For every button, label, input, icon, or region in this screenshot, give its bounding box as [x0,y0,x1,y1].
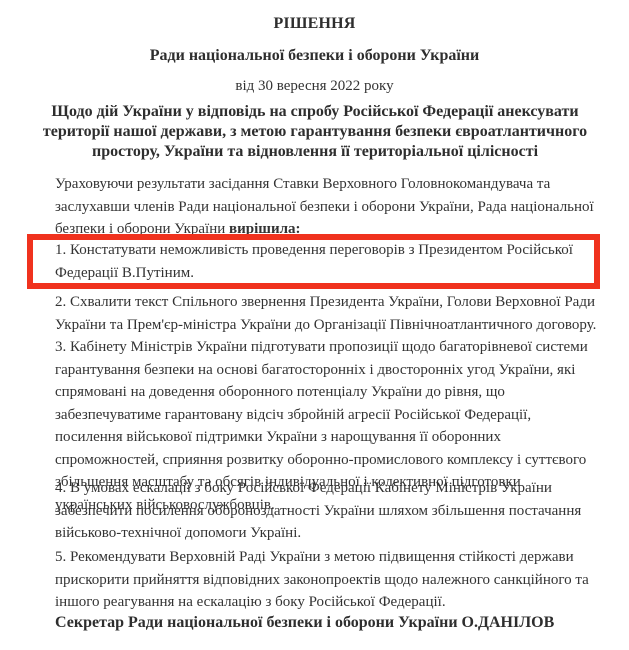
document-subtitle: Ради національної безпеки і оборони Укра… [0,47,629,65]
decision-item-2: 2. Схвалити текст Спільного звернення Пр… [55,291,600,336]
decision-item-5: 5. Рекомендувати Верховній Раді України … [55,546,600,614]
decision-item-4: 4. В умовах ескалації з боку Російської … [55,477,600,545]
signature-line: Секретар Ради національної безпеки і обо… [55,614,615,632]
intro-paragraph: Ураховуючи результати засідання Ставки В… [55,173,600,241]
document-heading: Щодо дій України у відповідь на спробу Р… [40,102,590,162]
intro-text: Ураховуючи результати засідання Ставки В… [55,176,594,237]
document-title: РІШЕННЯ [0,15,629,33]
document-date: від 30 вересня 2022 року [0,78,629,95]
intro-decision-word: вирішила: [229,221,300,237]
decision-item-1: 1. Констатувати неможливість проведення … [55,239,600,284]
